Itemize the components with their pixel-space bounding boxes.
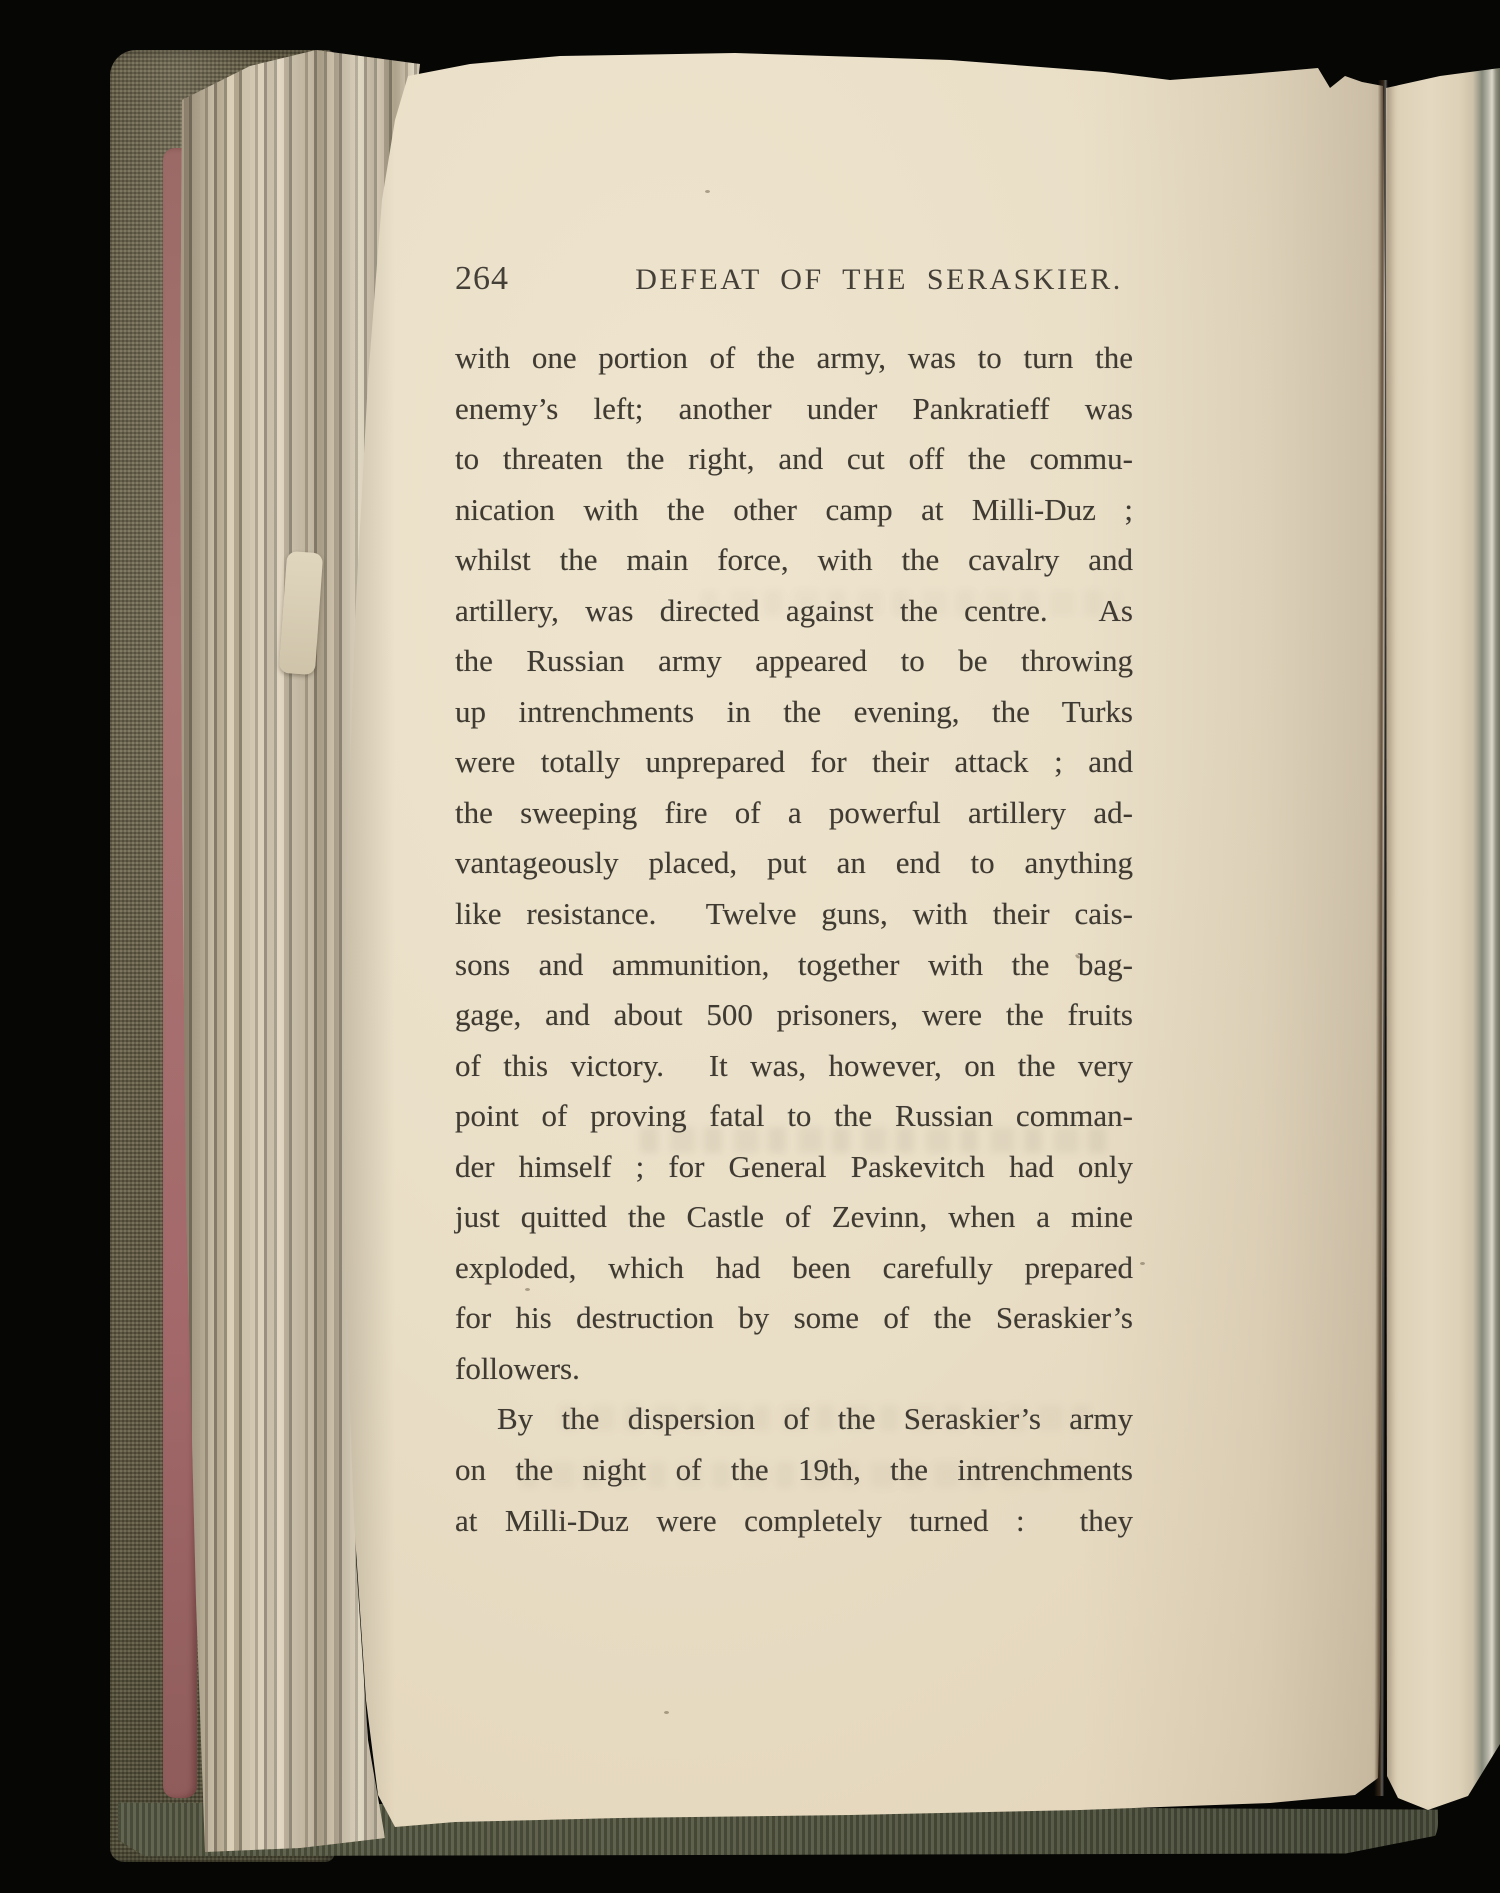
body-text-line: the Russian army appeared to be throwing — [455, 636, 1133, 687]
body-text: with one portion of the army, was to tur… — [455, 333, 1133, 1546]
paper-speck — [1140, 1262, 1145, 1265]
body-text-line: to threaten the right, and cut off the c… — [455, 434, 1133, 485]
body-text-line: gage, and about 500 prisoners, were the … — [455, 990, 1133, 1041]
paper-speck — [664, 1711, 669, 1714]
body-text-line: were totally unprepared for their attack… — [455, 737, 1133, 788]
body-text-line: for his destruction by some of the Seras… — [455, 1293, 1133, 1344]
book-photo: 264 DEFEAT OF THE SERASKIER. with one po… — [0, 0, 1500, 1893]
body-text-line: der himself ; for General Paskevitch had… — [455, 1142, 1133, 1193]
paper-speck — [705, 190, 710, 193]
running-head: DEFEAT OF THE SERASKIER. — [623, 263, 1135, 297]
body-text-line: sons and ammunition, together with the b… — [455, 940, 1133, 991]
body-text-line: up intrenchments in the evening, the Tur… — [455, 687, 1133, 738]
body-text-line: whilst the main force, with the cavalry … — [455, 535, 1133, 586]
body-text-line: followers. — [455, 1344, 1133, 1395]
body-text-line: at Milli-Duz were completely turned : th… — [455, 1496, 1133, 1547]
body-text-line: vantageously placed, put an end to anyth… — [455, 838, 1133, 889]
page-number: 264 — [455, 260, 509, 298]
body-text-line: enemy’s left; another under Pankratieff … — [455, 384, 1133, 435]
body-text-line: exploded, which had been carefully prepa… — [455, 1243, 1133, 1294]
body-text-line: By the dispersion of the Seraskier’s arm… — [455, 1394, 1133, 1445]
page-header: 264 DEFEAT OF THE SERASKIER. — [455, 258, 1135, 306]
body-text-line: point of proving fatal to the Russian co… — [455, 1091, 1133, 1142]
body-text-line: like resistance. Twelve guns, with their… — [455, 889, 1133, 940]
body-text-line: of this victory. It was, however, on the… — [455, 1041, 1133, 1092]
body-text-line: with one portion of the army, was to tur… — [455, 333, 1133, 384]
body-text-line: just quitted the Castle of Zevinn, when … — [455, 1192, 1133, 1243]
gutter-facing-page-edge — [1385, 64, 1500, 1814]
body-text-line: on the night of the 19th, the intrenchme… — [455, 1445, 1133, 1496]
body-text-line: the sweeping fire of a powerful artiller… — [455, 788, 1133, 839]
body-text-line: artillery, was directed against the cent… — [455, 586, 1133, 637]
body-text-line: nication with the other camp at Milli-Du… — [455, 485, 1133, 536]
